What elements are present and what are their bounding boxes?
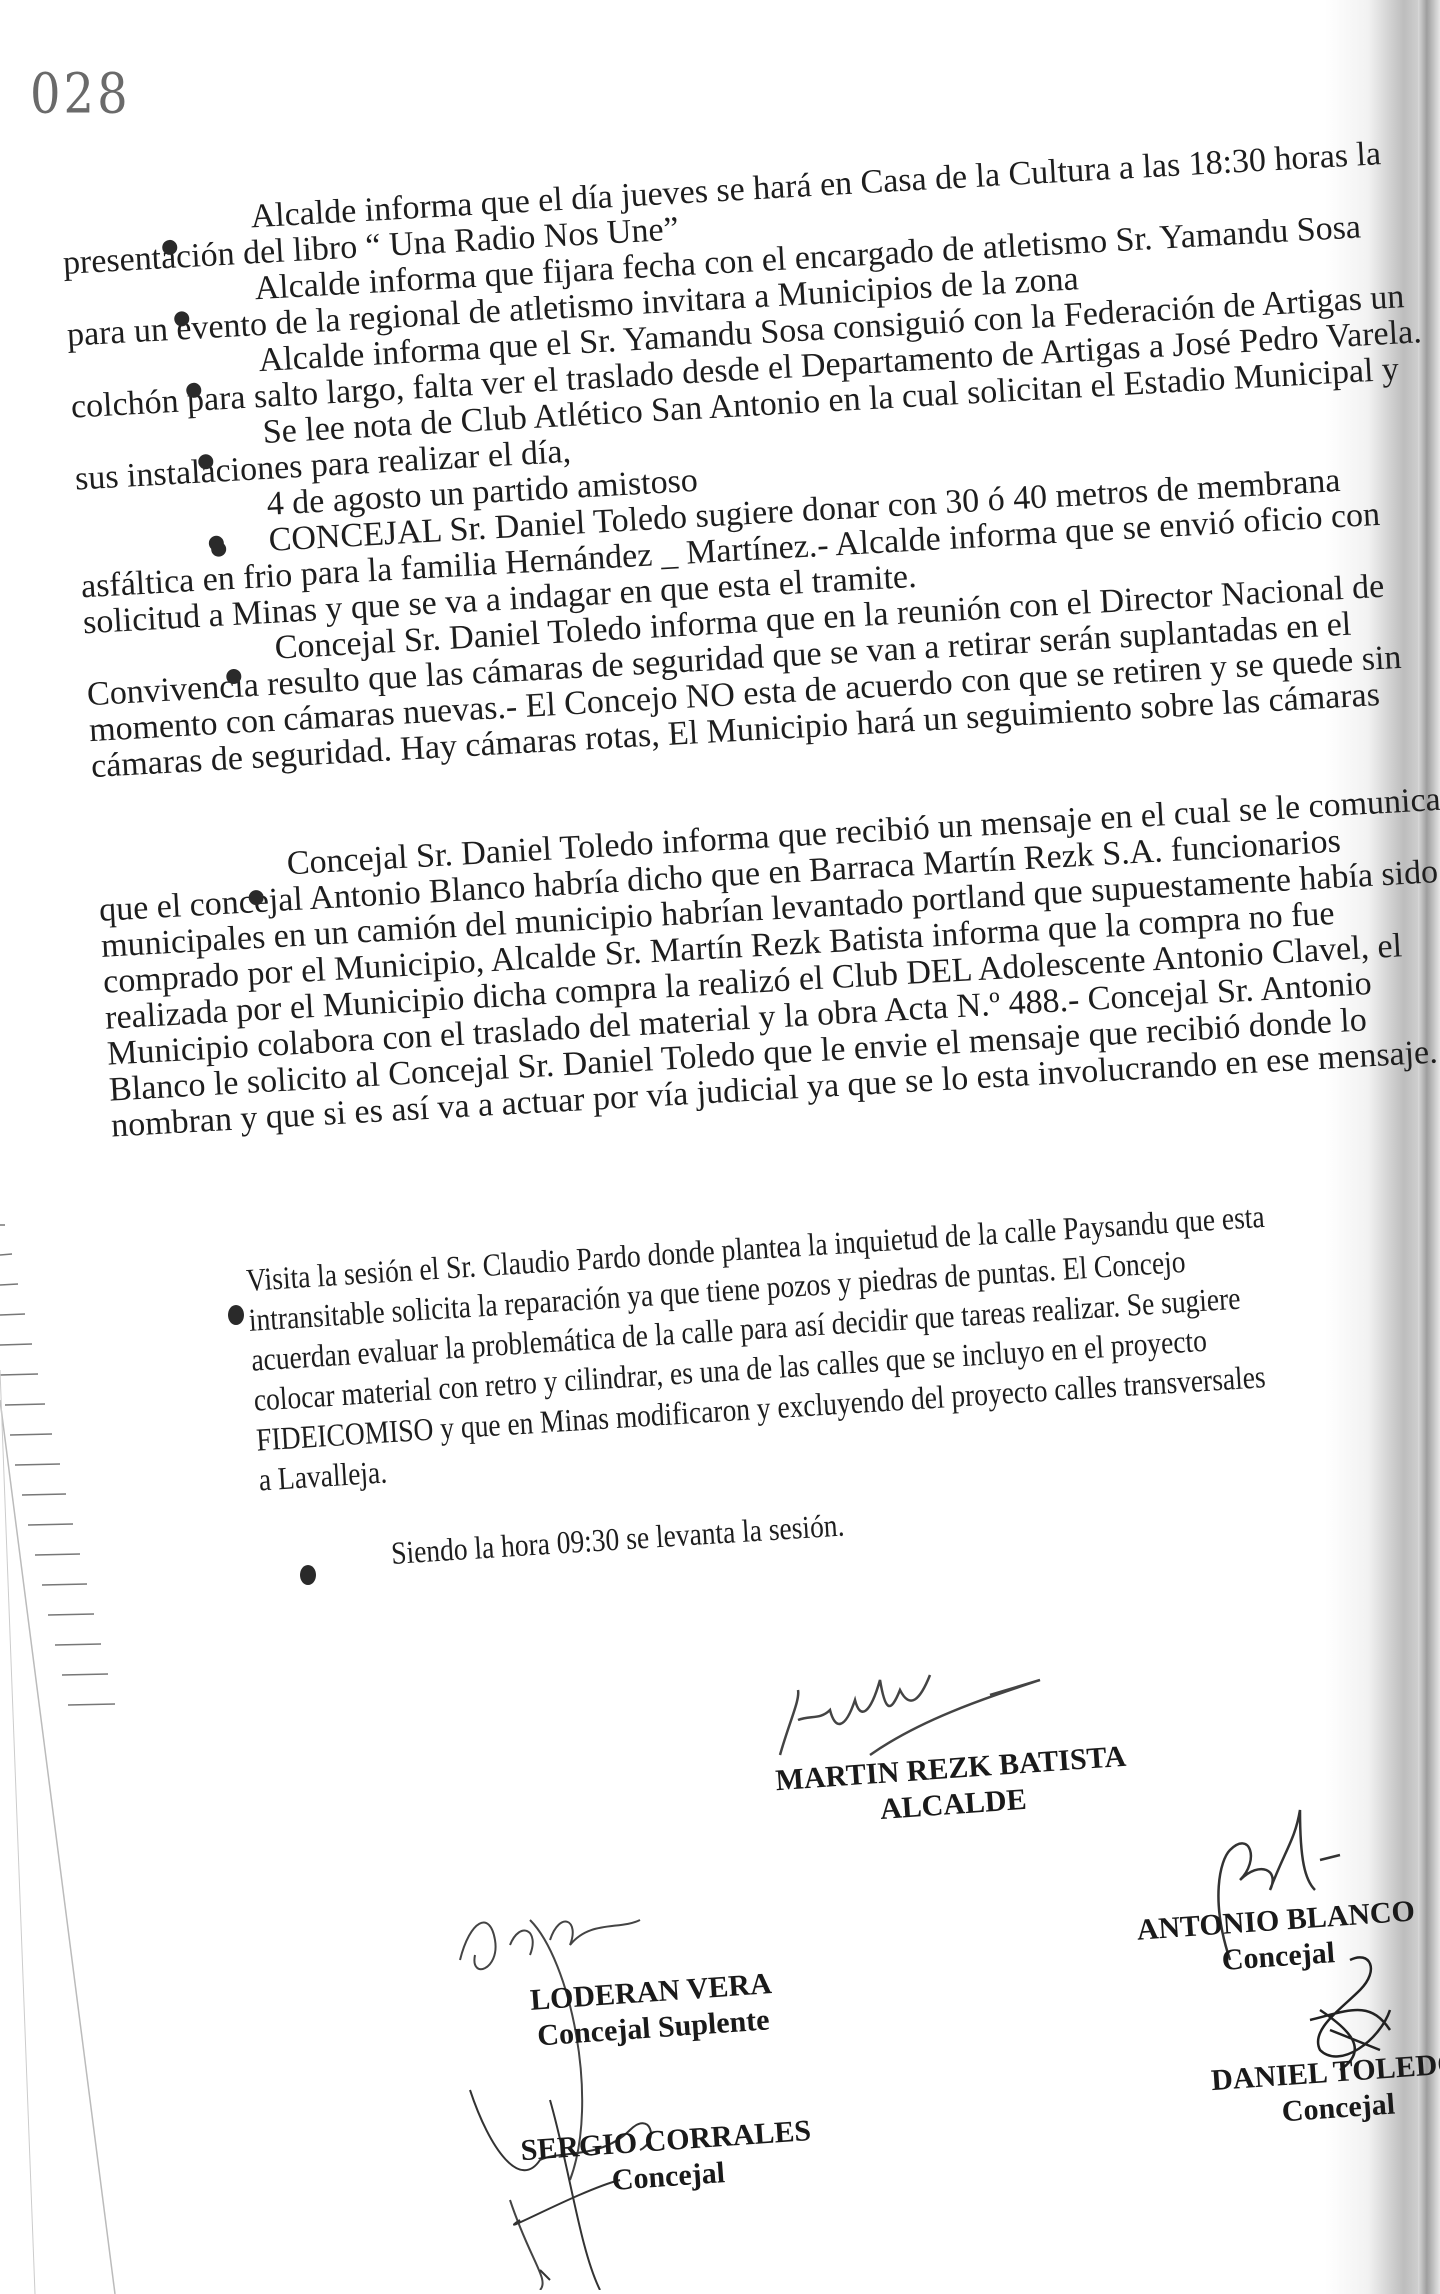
closing-line: Siendo la hora 09:30 se levanta la sesió… — [390, 1506, 845, 1571]
signature-alcalde: MARTIN REZK BATISTA ALCALDE — [750, 1737, 1154, 1837]
signature-toledo: DANIEL TOLEDO Concejal — [1185, 2044, 1440, 2137]
signature-corrales: SERGIO CORRALES Concejal — [495, 2111, 839, 2207]
bullet-icon — [300, 1565, 316, 1585]
list-item-visit: Visita la sesión el Sr. Claudio Pardo do… — [245, 1195, 1286, 1499]
page-number: 028 — [30, 62, 131, 126]
signature-mark-vera — [450, 1900, 650, 2290]
signature-vera: LODERAN VERA Concejal Suplente — [500, 1964, 804, 2057]
scanned-page: 028 Alcalde informa que el día jueves se… — [0, 0, 1440, 2294]
minutes-body: Alcalde informa que el día jueves se har… — [60, 133, 1440, 1145]
bullet-icon — [228, 1305, 244, 1325]
signature-blanco: ANTONIO BLANCO Concejal — [1105, 1891, 1440, 1987]
underlying-page-lines — [0, 1200, 120, 2294]
